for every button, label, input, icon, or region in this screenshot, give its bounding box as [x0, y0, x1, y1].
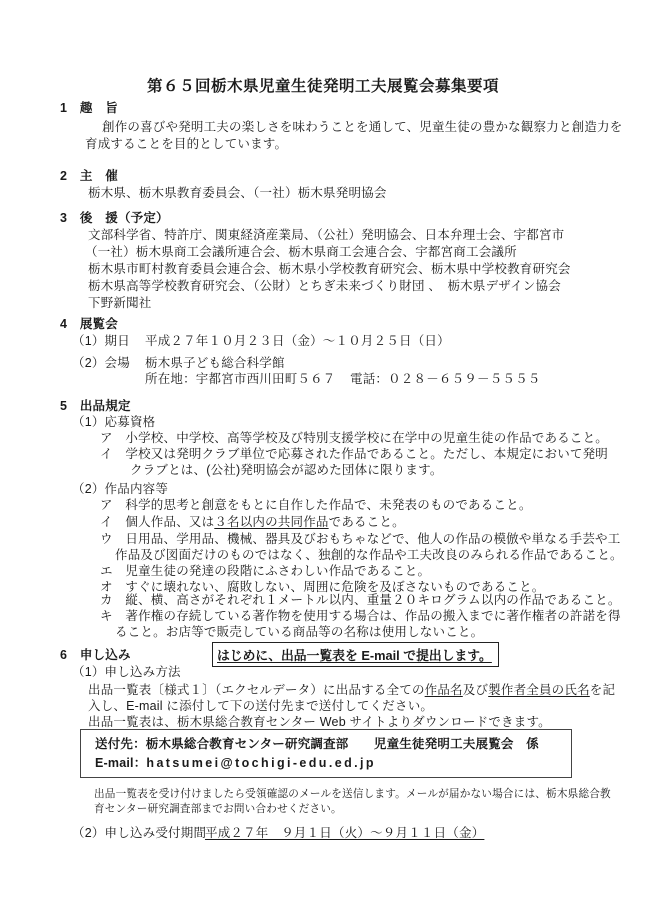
- exhibition-date-label: （1）期日: [72, 334, 130, 348]
- exhibition-date-value: 平成２７年１０月２３日（金）～１０月２５日（日）: [145, 334, 450, 348]
- section4-heading: 4 展覧会: [60, 317, 118, 331]
- page-title: 第６５回栃木県児童生徒発明工夫展覧会募集要項: [0, 78, 646, 96]
- purpose-line-2: 育成することを目的としています。: [85, 137, 287, 151]
- purpose-line-1: 創作の喜びや発明工夫の楽しさを味わうことを通して、児童生徒の豊かな観察力と創造力…: [102, 120, 622, 134]
- content-subheading: （2）作品内容等: [72, 482, 168, 496]
- content-item-ka: カ 縦、横、高さがそれぞれ１メートル以内、重量２０キログラム以内の作品であること…: [100, 593, 621, 607]
- supporter-line-2: （一社）栃木県商工会議所連合会、栃木県商工会連合会、宇都宮商工会議所: [85, 245, 517, 259]
- confirmation-note-line2: 育センター研究調査部までお問い合わせください。: [94, 803, 342, 815]
- application-paragraph-mid: 及び: [463, 683, 488, 697]
- content-item-e: エ 児童生徒の発達の段階にふさわしい作品であること。: [100, 564, 430, 578]
- send-address-line: 送付先：栃木県総合教育センター研究調査部 児童生徒発明工夫展覧会 係: [95, 737, 539, 751]
- supporter-line-1: 文部科学省、特許庁、関東経済産業局、（公社）発明協会、日本弁理士会、宇都宮市: [88, 228, 564, 242]
- content-item-u-line2: 作品及び図面だけのものではなく、独創的な作品や工夫改良のみられる作品であること。: [115, 548, 623, 562]
- creator-names-underlined: 製作者全員の氏名: [488, 683, 590, 697]
- content-item-i-post: であること。: [329, 515, 405, 529]
- eligibility-item-i-line1: イ 学校又は発明クラブ単位で応募された作品であること。ただし、本規定において発明: [100, 447, 608, 461]
- section1-heading: 1 趣 旨: [60, 101, 118, 115]
- content-item-i: イ 個人作品、又は３名以内の共同作品であること。: [100, 515, 405, 529]
- application-paragraph-line3: 出品一覧表は、栃木県総合教育センター Web サイトよりダウンロードできます。: [88, 715, 551, 729]
- application-method-subheading: （1）申し込み方法: [72, 665, 181, 679]
- email-submission-notice: はじめに、出品一覧表を E-mail で提出します。: [217, 648, 492, 663]
- application-paragraph-line2: 入し、E-mail に添付して下の送付先まで送付してください。: [88, 699, 433, 713]
- section6-heading: 6 申し込み: [60, 648, 131, 662]
- exhibition-venue-value: 栃木県子ども総合科学館: [145, 356, 285, 370]
- email-label: E-mail：: [95, 756, 146, 770]
- eligibility-item-a: ア 小学校、中学校、高等学校及び特別支援学校に在学中の児童生徒の作品であること。: [100, 431, 608, 445]
- exhibition-venue-label: （2）会場: [72, 356, 130, 370]
- content-item-u-line1: ウ 日用品、学用品、機械、器具及びおもちゃなどで、他人の作品の模倣や単なる手芸や…: [100, 532, 620, 546]
- content-item-a: ア 科学的思考と創意をもとに自作した作品で、未発表のものであること。: [100, 498, 532, 512]
- section2-heading: 2 主 催: [60, 169, 118, 183]
- content-item-i-pre: イ 個人作品、又は: [100, 515, 214, 529]
- organizer-line: 栃木県、栃木県教育委員会、（一社）栃木県発明協会: [88, 186, 387, 200]
- content-item-i-underlined: ３名以内の共同作品: [214, 515, 328, 529]
- application-paragraph-post: を記: [590, 683, 615, 697]
- application-period-value: 平成２７年 ９月１日（火）～９月１１日（金）: [205, 826, 492, 840]
- confirmation-note-line1: 出品一覧表を受け付けましたら受領確認のメールを送信します。メールが届かない場合に…: [94, 788, 611, 800]
- work-name-underlined: 作品名: [425, 683, 463, 697]
- application-paragraph-line1: 出品一覧表〔様式１〕（エクセルデータ）に出品する全ての作品名及び製作者全員の氏名…: [88, 683, 615, 697]
- section5-heading: 5 出品規定: [60, 399, 131, 413]
- send-email-line: E-mail：hatsumei@tochigi-edu.ed.jp: [95, 756, 376, 770]
- venue-phone: 電話：０２８－６５９－５５５５: [350, 372, 541, 386]
- content-item-ki-line2: ること。お店等で販売している商品等の名称は使用しないこと。: [115, 625, 483, 639]
- email-submission-notice-box: はじめに、出品一覧表を E-mail で提出します。: [212, 642, 499, 667]
- section3-heading: 3 後 援（予定）: [60, 211, 169, 225]
- document-page: 第６５回栃木県児童生徒発明工夫展覧会募集要項 1 趣 旨 創作の喜びや発明工夫の…: [0, 0, 646, 914]
- supporter-line-4: 栃木県高等学校教育研究会、（公財）とちぎ未来づくり財団 、 栃木県デザイン協会: [88, 279, 561, 293]
- application-period-label: （2）申し込み受付期間: [72, 826, 206, 840]
- email-address: hatsumei@tochigi-edu.ed.jp: [146, 756, 375, 770]
- venue-address: 所在地：宇都宮市西川田町５６７: [145, 372, 336, 386]
- supporter-line-3: 栃木県市町村教育委員会連合会、栃木県小学校教育研究会、栃木県中学校教育研究会: [88, 262, 571, 276]
- send-address-box: 送付先：栃木県総合教育センター研究調査部 児童生徒発明工夫展覧会 係 E-mai…: [80, 729, 572, 778]
- application-paragraph-pre: 出品一覧表〔様式１〕（エクセルデータ）に出品する全ての: [88, 683, 425, 697]
- content-item-ki-line1: キ 著作権の存続している著作物を使用する場合は、作品の搬入までに著作権者の許諾を…: [100, 609, 621, 623]
- eligibility-subheading: （1）応募資格: [72, 415, 155, 429]
- supporter-line-5: 下野新聞社: [88, 296, 152, 310]
- eligibility-item-i-line2: クラブとは、(公社)発明協会が認めた団体に限ります。: [130, 463, 443, 477]
